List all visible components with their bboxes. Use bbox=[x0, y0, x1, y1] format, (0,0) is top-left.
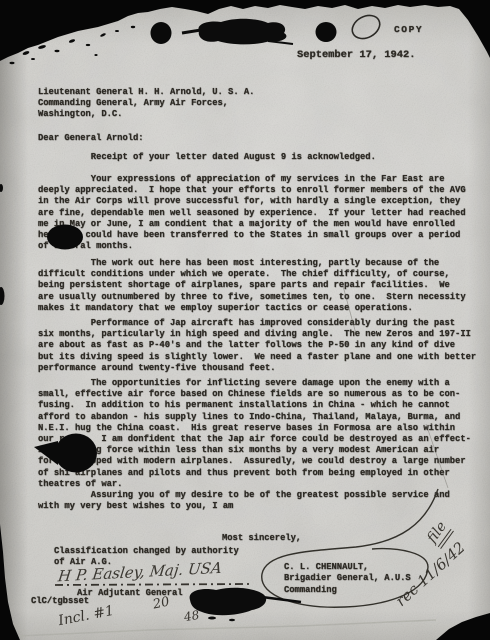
handwritten-number-48: 48 bbox=[183, 608, 200, 624]
paragraph-5: The opportunities for inflicting severe … bbox=[38, 378, 471, 490]
copy-stamp: COPY bbox=[394, 24, 423, 35]
date-line: September 17, 1942. bbox=[297, 50, 415, 61]
recipient-address: Lieutenant General H. H. Arnold, U. S. A… bbox=[38, 87, 254, 120]
closing-line: Most sincerely, bbox=[222, 533, 301, 544]
paragraph-1: Receipt of your letter dated August 9 is… bbox=[38, 152, 376, 163]
paragraph-4: Performance of Jap aircraft has improved… bbox=[38, 318, 476, 374]
reference-initials: ClC/tgbsset bbox=[31, 596, 89, 607]
paragraph-6: Assuring you of my desire to be of the g… bbox=[38, 490, 450, 512]
signature-block: C. L. CHENNAULT, Brigadier General, A.U.… bbox=[284, 562, 411, 596]
paragraph-3: The work out here has been most interest… bbox=[38, 258, 466, 314]
salutation: Dear General Arnold: bbox=[38, 133, 144, 144]
scanned-letter-page: COPY September 17, 1942. Lieutenant Gene… bbox=[0, 0, 490, 640]
paragraph-2: Your expressions of appreciation of my s… bbox=[38, 174, 466, 252]
